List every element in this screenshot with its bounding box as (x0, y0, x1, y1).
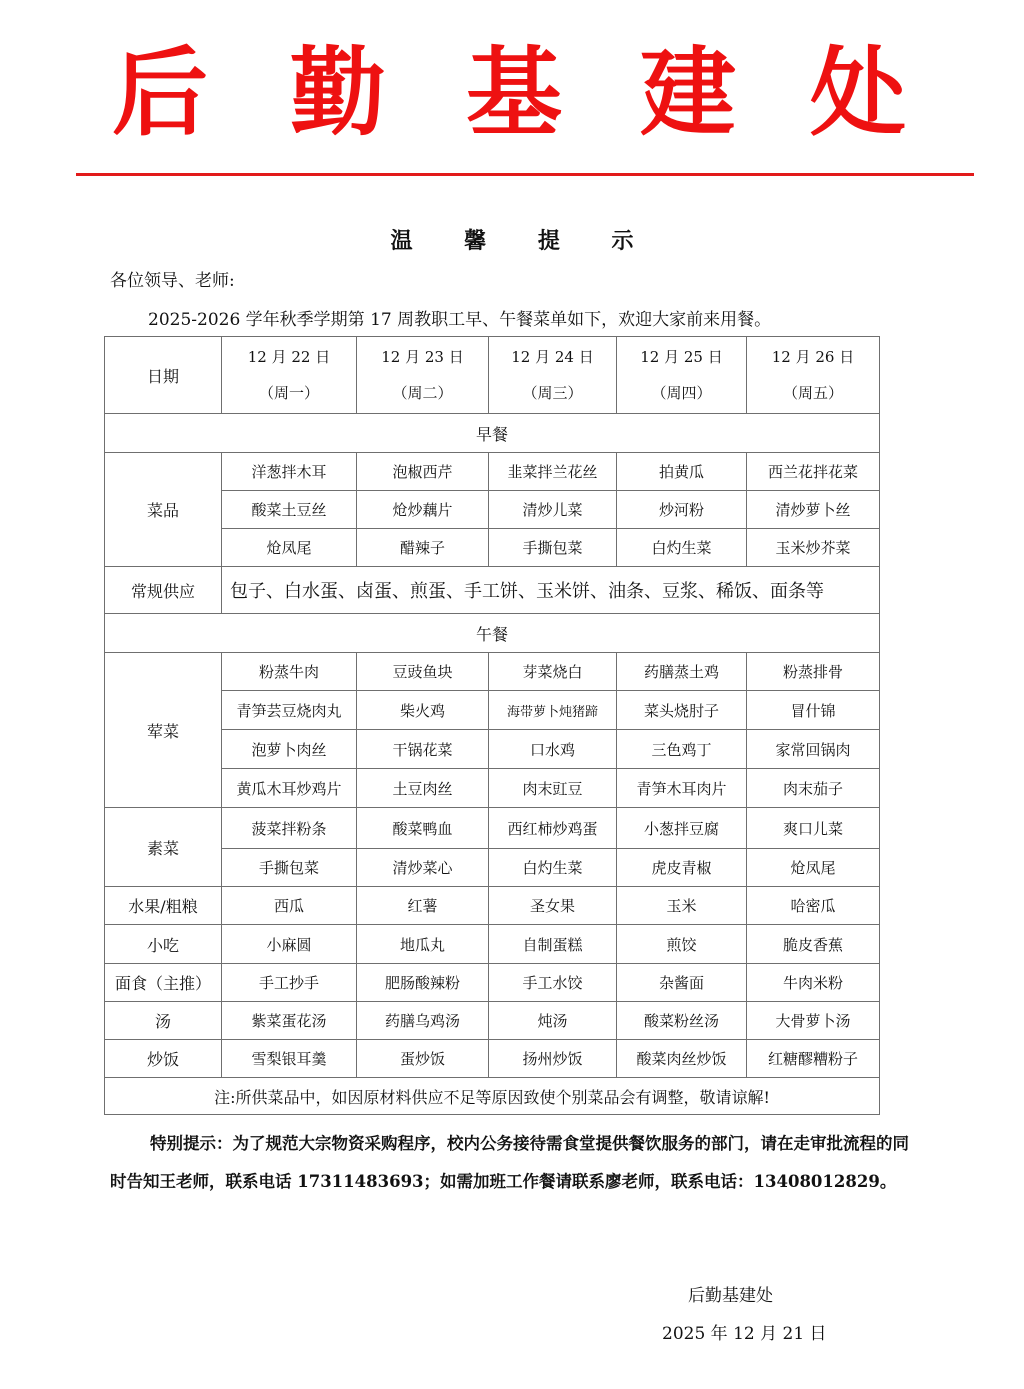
menu-cell: 手撕包菜 (489, 529, 617, 567)
menu-cell: 蛋炒饭 (357, 1040, 489, 1078)
regular-supply-label: 常规供应 (105, 567, 222, 614)
lunch-title: 午餐 (105, 614, 880, 653)
date-header-row: 日期 12 月 22 日（周一） 12 月 23 日（周二） 12 月 24 日… (105, 337, 880, 414)
menu-cell: 地瓜丸 (357, 925, 489, 964)
menu-cell: 肉末豇豆 (489, 769, 617, 808)
table-row: 泡萝卜肉丝 干锅花菜 口水鸡 三色鸡丁 家常回锅肉 (105, 730, 880, 769)
menu-cell: 炝炒藕片 (357, 491, 489, 529)
day-header: 12 月 24 日（周三） (489, 337, 617, 414)
menu-cell: 虎皮青椒 (617, 849, 747, 887)
table-row: 小吃 小麻圆 地瓜丸 自制蛋糕 煎饺 脆皮香蕉 (105, 925, 880, 964)
special-tip: 特别提示：为了规范大宗物资采购程序，校内公务接待需食堂提供餐饮服务的部门，请在走… (110, 1125, 915, 1201)
day-weekday: （周一） (222, 375, 356, 411)
masthead-char: 基 (466, 38, 562, 148)
note-row: 注:所供菜品中，如因原材料供应不足等原因致使个别菜品会有调整，敬请谅解! (105, 1078, 880, 1115)
signature-date: 2025 年 12 月 21 日 (662, 1319, 827, 1344)
date-label: 日期 (105, 337, 222, 414)
menu-cell: 煎饺 (617, 925, 747, 964)
menu-cell: 玉米炒芥菜 (747, 529, 880, 567)
menu-cell: 家常回锅肉 (747, 730, 880, 769)
row-label: 面食（主推） (105, 964, 222, 1002)
menu-cell: 肉末茄子 (747, 769, 880, 808)
greeting: 各位领导、老师: (110, 266, 235, 291)
intro-text: 2025-2026 学年秋季学期第 17 周教职工早、午餐菜单如下，欢迎大家前来… (148, 305, 771, 330)
table-row: 汤 紫菜蛋花汤 药膳乌鸡汤 炖汤 酸菜粉丝汤 大骨萝卜汤 (105, 1002, 880, 1040)
veg-dishes-label: 素菜 (105, 808, 222, 887)
menu-cell: 药膳乌鸡汤 (357, 1002, 489, 1040)
day-header: 12 月 23 日（周二） (357, 337, 489, 414)
masthead: 后 勤 基 建 处 (0, 38, 1024, 148)
menu-cell: 清炒菜心 (357, 849, 489, 887)
menu-cell: 西兰花拌花菜 (747, 453, 880, 491)
menu-cell: 豆豉鱼块 (357, 653, 489, 691)
menu-cell: 紫菜蛋花汤 (222, 1002, 357, 1040)
lunch-section-row: 午餐 (105, 614, 880, 653)
menu-cell: 玉米 (617, 887, 747, 925)
breakfast-title: 早餐 (105, 414, 880, 453)
day-header: 12 月 26 日（周五） (747, 337, 880, 414)
table-row: 素菜 菠菜拌粉条 酸菜鸭血 西红柿炒鸡蛋 小葱拌豆腐 爽口儿菜 (105, 808, 880, 849)
menu-cell: 干锅花菜 (357, 730, 489, 769)
notice-title: 温 馨 提 示 (0, 224, 1024, 255)
menu-cell: 自制蛋糕 (489, 925, 617, 964)
menu-cell: 土豆肉丝 (357, 769, 489, 808)
table-row: 黄瓜木耳炒鸡片 土豆肉丝 肉末豇豆 青笋木耳肉片 肉末茄子 (105, 769, 880, 808)
day-weekday: （周四） (617, 375, 746, 411)
adjustment-note: 注:所供菜品中，如因原材料供应不足等原因致使个别菜品会有调整，敬请谅解! (105, 1078, 880, 1115)
menu-cell: 泡萝卜肉丝 (222, 730, 357, 769)
menu-cell: 西红柿炒鸡蛋 (489, 808, 617, 849)
menu-cell: 酸菜土豆丝 (222, 491, 357, 529)
menu-cell: 西瓜 (222, 887, 357, 925)
menu-cell: 泡椒西芹 (357, 453, 489, 491)
masthead-char: 处 (810, 38, 906, 148)
menu-cell: 洋葱拌木耳 (222, 453, 357, 491)
header-divider (76, 173, 974, 176)
menu-cell: 小麻圆 (222, 925, 357, 964)
menu-cell: 酸菜粉丝汤 (617, 1002, 747, 1040)
menu-cell: 白灼生菜 (489, 849, 617, 887)
menu-cell: 手工抄手 (222, 964, 357, 1002)
table-row: 手撕包菜 清炒菜心 白灼生菜 虎皮青椒 炝凤尾 (105, 849, 880, 887)
menu-cell: 酸菜肉丝炒饭 (617, 1040, 747, 1078)
regular-supply-row: 常规供应 包子、白水蛋、卤蛋、煎蛋、手工饼、玉米饼、油条、豆浆、稀饭、面条等 (105, 567, 880, 614)
menu-cell: 炝凤尾 (222, 529, 357, 567)
day-weekday: （周五） (747, 375, 879, 411)
day-date: 12 月 23 日 (357, 339, 488, 375)
day-weekday: （周三） (489, 375, 616, 411)
row-label: 小吃 (105, 925, 222, 964)
menu-cell: 柴火鸡 (357, 691, 489, 730)
menu-cell: 菠菜拌粉条 (222, 808, 357, 849)
menu-cell: 海带萝卜炖猪蹄 (489, 691, 617, 730)
menu-cell: 哈密瓜 (747, 887, 880, 925)
signature-org: 后勤基建处 (688, 1281, 773, 1306)
meat-dishes-label: 荤菜 (105, 653, 222, 808)
regular-supply-items: 包子、白水蛋、卤蛋、煎蛋、手工饼、玉米饼、油条、豆浆、稀饭、面条等 (222, 567, 880, 614)
menu-cell: 粉蒸牛肉 (222, 653, 357, 691)
day-date: 12 月 24 日 (489, 339, 616, 375)
menu-cell: 冒什锦 (747, 691, 880, 730)
menu-cell: 清炒萝卜丝 (747, 491, 880, 529)
menu-cell: 菜头烧肘子 (617, 691, 747, 730)
breakfast-section-row: 早餐 (105, 414, 880, 453)
menu-cell: 粉蒸排骨 (747, 653, 880, 691)
day-weekday: （周二） (357, 375, 488, 411)
menu-cell: 雪梨银耳羹 (222, 1040, 357, 1078)
table-row: 炒饭 雪梨银耳羹 蛋炒饭 扬州炒饭 酸菜肉丝炒饭 红糖醪糟粉子 (105, 1040, 880, 1078)
masthead-char: 建 (640, 38, 736, 148)
menu-cell: 清炒儿菜 (489, 491, 617, 529)
menu-cell: 红薯 (357, 887, 489, 925)
menu-cell: 拍黄瓜 (617, 453, 747, 491)
menu-cell: 炖汤 (489, 1002, 617, 1040)
day-date: 12 月 25 日 (617, 339, 746, 375)
menu-cell: 药膳蒸土鸡 (617, 653, 747, 691)
masthead-char: 勤 (290, 38, 386, 148)
menu-cell: 酸菜鸭血 (357, 808, 489, 849)
table-row: 水果/粗粮 西瓜 红薯 圣女果 玉米 哈密瓜 (105, 887, 880, 925)
menu-cell: 炒河粉 (617, 491, 747, 529)
menu-cell: 肥肠酸辣粉 (357, 964, 489, 1002)
menu-cell: 醋辣子 (357, 529, 489, 567)
menu-cell: 青笋木耳肉片 (617, 769, 747, 808)
menu-table: 日期 12 月 22 日（周一） 12 月 23 日（周二） 12 月 24 日… (104, 336, 880, 1115)
menu-cell: 牛肉米粉 (747, 964, 880, 1002)
table-row: 青笋芸豆烧肉丸 柴火鸡 海带萝卜炖猪蹄 菜头烧肘子 冒什锦 (105, 691, 880, 730)
menu-cell: 手撕包菜 (222, 849, 357, 887)
menu-cell: 圣女果 (489, 887, 617, 925)
menu-cell: 手工水饺 (489, 964, 617, 1002)
table-row: 荤菜 粉蒸牛肉 豆豉鱼块 芽菜烧白 药膳蒸土鸡 粉蒸排骨 (105, 653, 880, 691)
day-header: 12 月 25 日（周四） (617, 337, 747, 414)
menu-cell: 大骨萝卜汤 (747, 1002, 880, 1040)
menu-cell: 芽菜烧白 (489, 653, 617, 691)
table-row: 炝凤尾 醋辣子 手撕包菜 白灼生菜 玉米炒芥菜 (105, 529, 880, 567)
menu-cell: 脆皮香蕉 (747, 925, 880, 964)
day-date: 12 月 26 日 (747, 339, 879, 375)
day-header: 12 月 22 日（周一） (222, 337, 357, 414)
row-label: 汤 (105, 1002, 222, 1040)
menu-cell: 青笋芸豆烧肉丸 (222, 691, 357, 730)
menu-cell: 口水鸡 (489, 730, 617, 769)
breakfast-dishes-label: 菜品 (105, 453, 222, 567)
table-row: 面食（主推） 手工抄手 肥肠酸辣粉 手工水饺 杂酱面 牛肉米粉 (105, 964, 880, 1002)
table-row: 酸菜土豆丝 炝炒藕片 清炒儿菜 炒河粉 清炒萝卜丝 (105, 491, 880, 529)
row-label: 水果/粗粮 (105, 887, 222, 925)
masthead-char: 后 (112, 38, 208, 148)
menu-cell: 白灼生菜 (617, 529, 747, 567)
day-date: 12 月 22 日 (222, 339, 356, 375)
menu-cell: 韭菜拌兰花丝 (489, 453, 617, 491)
row-label: 炒饭 (105, 1040, 222, 1078)
menu-cell: 小葱拌豆腐 (617, 808, 747, 849)
menu-cell: 炝凤尾 (747, 849, 880, 887)
menu-cell: 杂酱面 (617, 964, 747, 1002)
menu-cell: 扬州炒饭 (489, 1040, 617, 1078)
table-row: 菜品 洋葱拌木耳 泡椒西芹 韭菜拌兰花丝 拍黄瓜 西兰花拌花菜 (105, 453, 880, 491)
menu-cell: 红糖醪糟粉子 (747, 1040, 880, 1078)
menu-cell: 爽口儿菜 (747, 808, 880, 849)
menu-cell: 三色鸡丁 (617, 730, 747, 769)
menu-cell: 黄瓜木耳炒鸡片 (222, 769, 357, 808)
